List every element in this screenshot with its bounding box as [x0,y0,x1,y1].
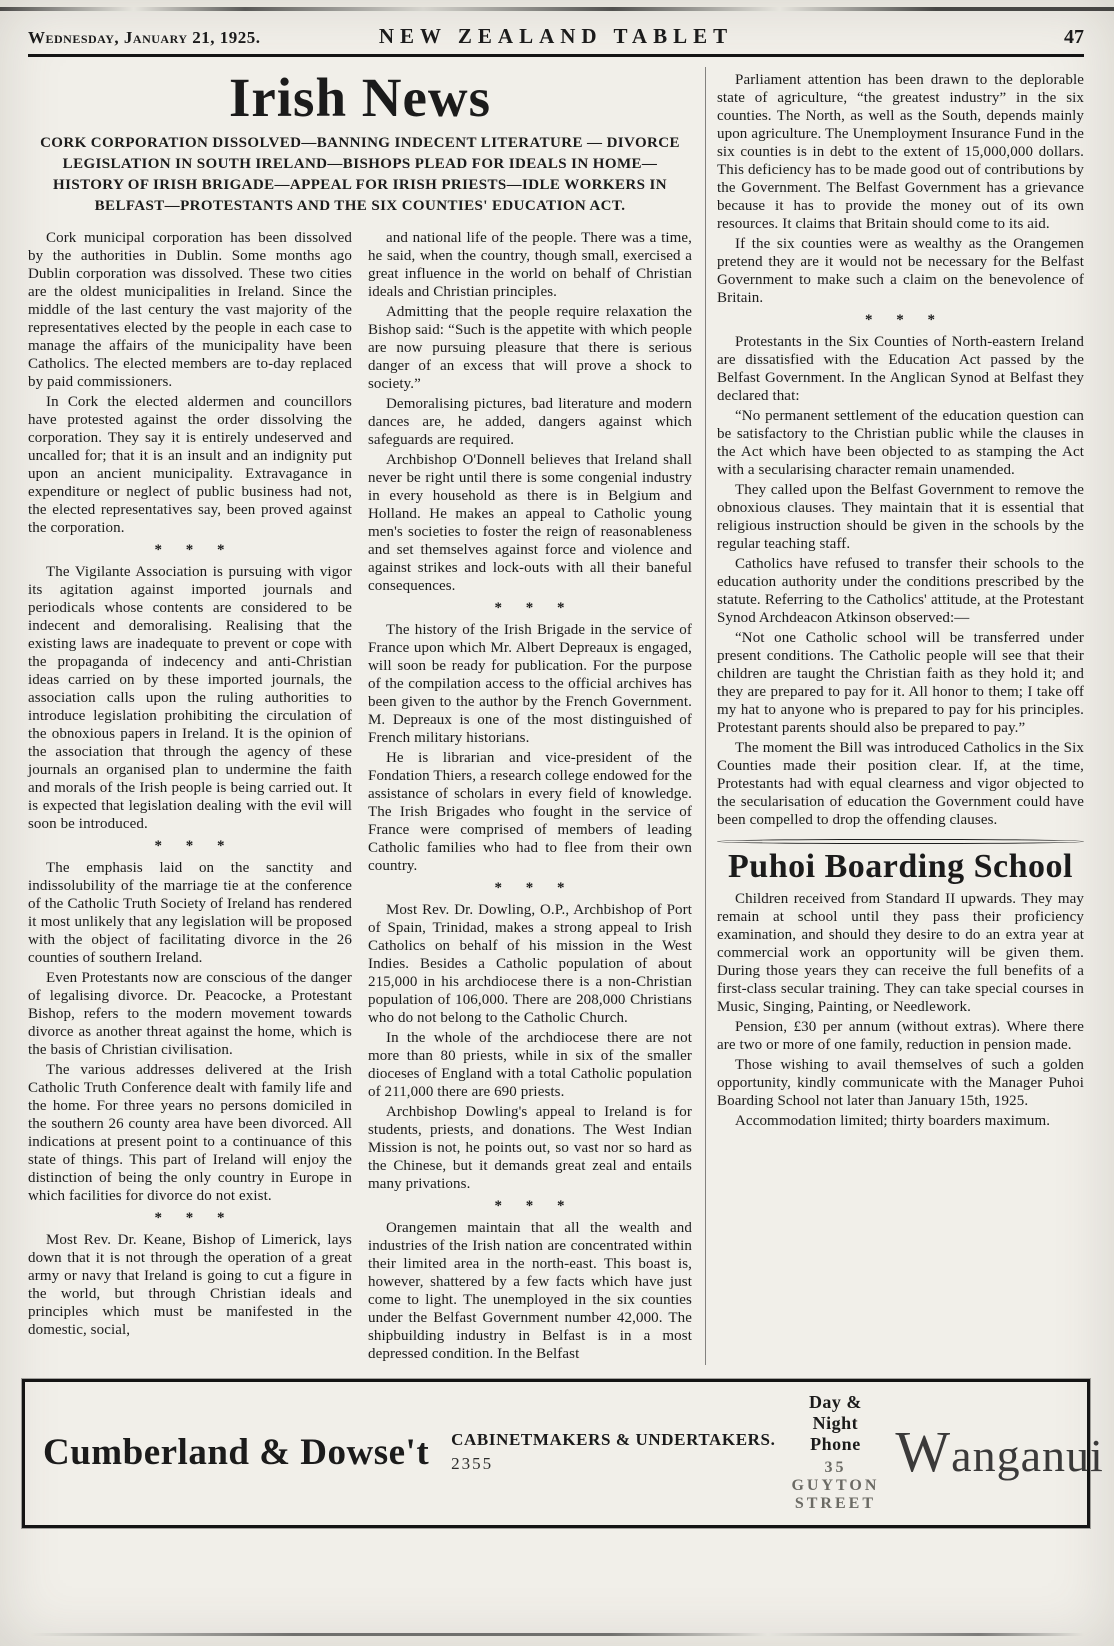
article-paragraph: The history of the Irish Brigade in the … [368,621,692,747]
article-paragraph: Children received from Standard II upwar… [717,890,1084,1016]
article-paragraph: He is librarian and vice-president of th… [368,749,692,875]
article-paragraph: In the whole of the archdiocese there ar… [368,1029,692,1101]
ad-phone-label: Day & Night Phone [791,1392,879,1455]
article-paragraph: Pension, £30 per annum (without extras).… [717,1018,1084,1054]
article-paragraph: If the six counties were as wealthy as t… [717,235,1084,307]
scan-artifact-bottom-rule [30,1633,1084,1636]
footer-advertisement: Cumberland & Dowse't CABINETMAKERS & UND… [22,1379,1090,1528]
article-paragraph: Those wishing to avail themselves of suc… [717,1056,1084,1110]
article-paragraph: Cork municipal corporation has been diss… [28,229,352,391]
article-paragraph: The various addresses delivered at the I… [28,1061,352,1205]
star-separator: * * * [717,312,1084,329]
article-paragraph: Archbishop Dowling's appeal to Ireland i… [368,1103,692,1193]
article-paragraph: “No permanent settlement of the educatio… [717,407,1084,479]
star-separator: * * * [28,838,352,855]
section-heading: Puhoi Boarding School [717,848,1084,885]
section-divider-rule [717,839,1084,844]
column-1: Cork municipal corporation has been diss… [28,229,352,1365]
advertiser-name: Cumberland & Dowse't [43,1434,429,1471]
article-paragraph: Archbishop O'Donnell believes that Irela… [368,451,692,595]
star-separator: * * * [368,1198,692,1215]
star-separator: * * * [368,600,692,617]
article-paragraph: Accommodation limited; thirty boarders m… [717,1112,1084,1130]
article-paragraph: Most Rev. Dr. Keane, Bishop of Limerick,… [28,1231,352,1339]
ad-phone-number: 2355 [451,1454,775,1474]
ad-trade-block: CABINETMAKERS & UNDERTAKERS. 2355 [451,1430,775,1474]
article-paragraph: Demoralising pictures, bad literature an… [368,395,692,449]
star-separator: * * * [28,1210,352,1227]
ad-city-rest: anganui [951,1430,1104,1481]
newspaper-page: Wednesday, January 21, 1925. NEW ZEALAND… [0,0,1114,1646]
page-header: Wednesday, January 21, 1925. NEW ZEALAND… [28,24,1084,57]
article-paragraph: In Cork the elected aldermen and council… [28,393,352,537]
page-number: 47 [754,26,1084,49]
masthead-title: NEW ZEALAND TABLET [358,24,754,49]
ad-trade-line: CABINETMAKERS & UNDERTAKERS. [451,1430,775,1450]
article-paragraph: Orangemen maintain that all the wealth a… [368,1219,692,1363]
article-paragraph: Even Protestants now are conscious of th… [28,969,352,1059]
ad-city-initial: W [895,1419,951,1484]
text-columns: Cork municipal corporation has been diss… [28,229,692,1365]
article-paragraph: The emphasis laid on the sanctity and in… [28,859,352,967]
column-divider-rule [705,67,706,1365]
article-paragraph: Admitting that the people require relaxa… [368,303,692,393]
ad-address: 35 GUYTON STREET [791,1459,879,1513]
article-paragraph: Parliament attention has been drawn to t… [717,71,1084,233]
issue-date: Wednesday, January 21, 1925. [28,28,358,48]
column-2: and national life of the people. There w… [368,229,692,1365]
article-paragraph: Most Rev. Dr. Dowling, O.P., Archbishop … [368,901,692,1027]
article-paragraph: The Vigilante Association is pursuing wi… [28,563,352,833]
article-paragraph: “Not one Catholic school will be transfe… [717,629,1084,737]
article-paragraph: They called upon the Belfast Government … [717,481,1084,553]
article-left-section: Irish News CORK CORPORATION DISSOLVED—BA… [28,67,692,1365]
article-paragraph: Catholics have refused to transfer their… [717,555,1084,627]
article-paragraph: and national life of the people. There w… [368,229,692,301]
star-separator: * * * [368,880,692,897]
star-separator: * * * [28,542,352,559]
article-title: Irish News [28,69,692,127]
article-paragraph: Protestants in the Six Counties of North… [717,333,1084,405]
article-body: Irish News CORK CORPORATION DISSOLVED—BA… [28,67,1084,1365]
scan-artifact-top-rule [0,7,1114,11]
article-paragraph: The moment the Bill was introduced Catho… [717,739,1084,829]
ad-contact-block: Day & Night Phone 35 GUYTON STREET [791,1392,879,1513]
column-3: Parliament attention has been drawn to t… [717,67,1084,1365]
article-subhead: CORK CORPORATION DISSOLVED—BANNING INDEC… [30,133,690,217]
ad-city-name: Wanganui [895,1423,1103,1481]
